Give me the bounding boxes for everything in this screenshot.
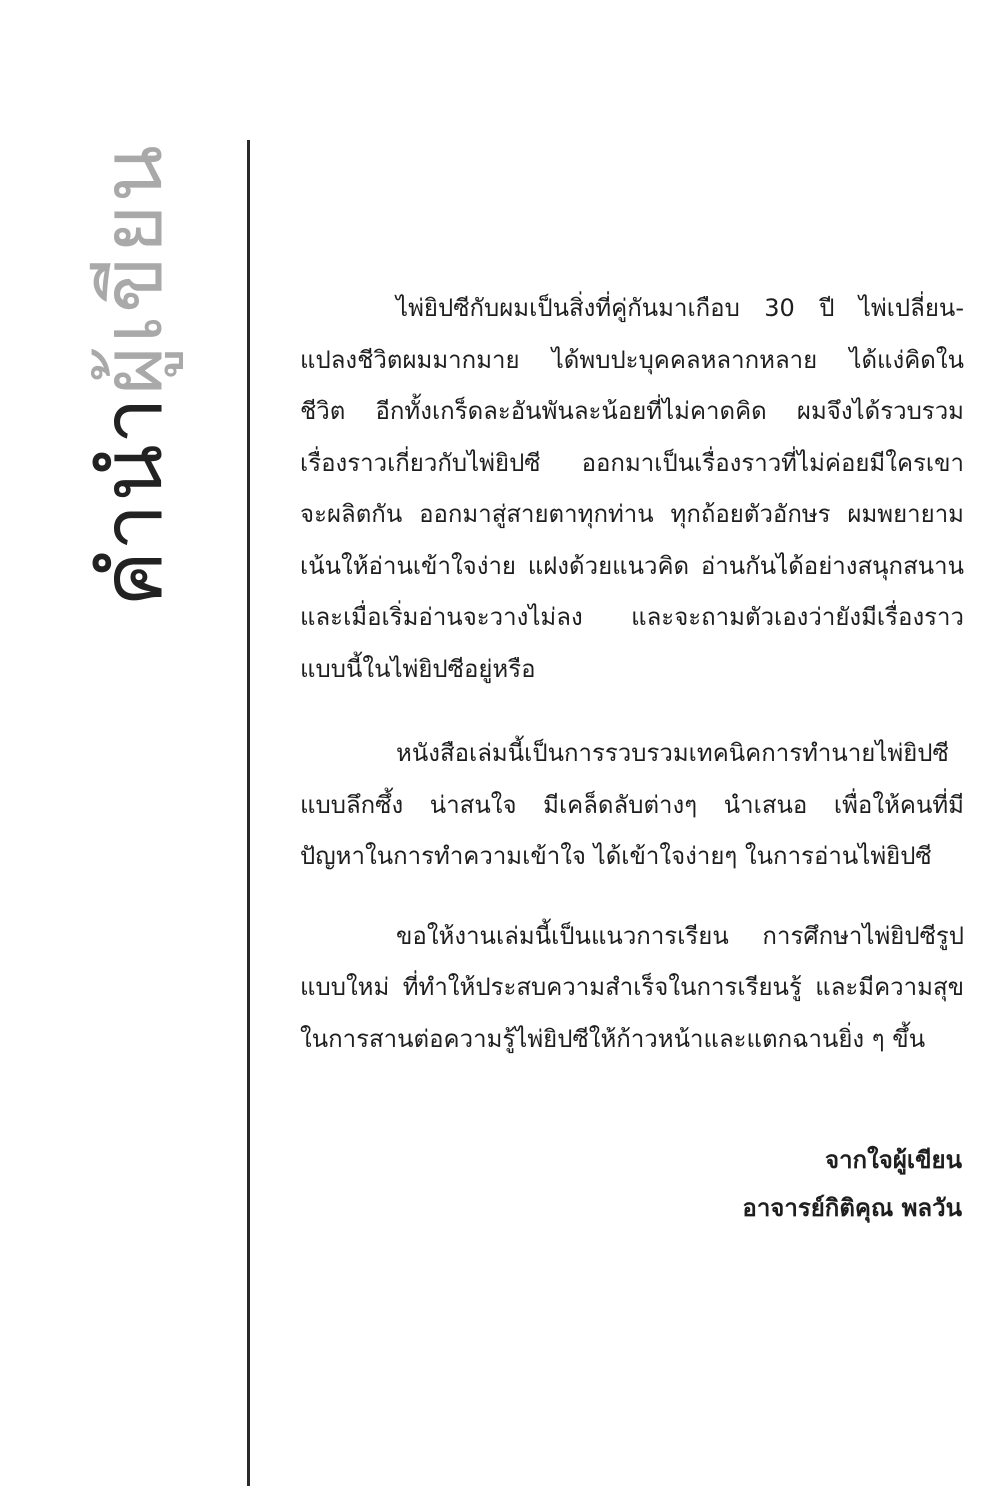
text-line: หนังสือเล่มนี้เป็นการรวบรวมเทคนิคการทำนา… [300, 728, 964, 780]
text-line: ขอให้งานเล่มนี้เป็นแนวการเรียน การศึกษาไ… [300, 911, 964, 963]
signature-line-from-author: จากใจผู้เขียน [742, 1136, 962, 1184]
text-line: ชีวิต อีกทั้งเกร็ดละอันพันละน้อยที่ไม่คา… [300, 386, 964, 438]
paragraph-3: ขอให้งานเล่มนี้เป็นแนวการเรียน การศึกษาไ… [300, 911, 964, 1066]
signature-author-name: อาจารย์กิติคุณ พลวัน [742, 1184, 962, 1232]
text-line: แบบใหม่ ที่ทำให้ประสบความสำเร็จในการเรีย… [300, 962, 964, 1014]
title-dark-part: คำนำ [83, 395, 181, 607]
foreword-body: ไพ่ยิปซีกับผมเป็นสิ่งที่คู่กันมาเกือบ 30… [300, 283, 964, 1065]
text-line: จะผลิตกัน ออกมาสู่สายตาทุกท่าน ทุกถ้อยตั… [300, 489, 964, 541]
vertical-divider-rule [247, 140, 250, 1486]
text-line: ในการสานต่อความรู้ไพ่ยิปซีให้ก้าวหน้าและ… [300, 1014, 964, 1066]
text-line: เรื่องราวเกี่ยวกับไพ่ยิปซี ออกมาเป็นเรื่… [300, 438, 964, 490]
title-gray-part: ผู้เขียน [83, 143, 181, 395]
book-page: คำนำผู้เขียน ไพ่ยิปซีกับผมเป็นสิ่งที่คู่… [0, 0, 1000, 1495]
text-line: และเมื่อเริ่มอ่านจะวางไม่ลง และจะถามตัวเ… [300, 592, 964, 644]
text-line: ไพ่ยิปซีกับผมเป็นสิ่งที่คู่กันมาเกือบ 30… [300, 283, 964, 335]
vertical-title-container: คำนำผู้เขียน [82, 140, 182, 610]
text-line: แบบนี้ในไพ่ยิปซีอยู่หรือ [300, 644, 964, 696]
text-line: เน้นให้อ่านเข้าใจง่าย แฝงด้วยแนวคิด อ่าน… [300, 541, 964, 593]
page-title: คำนำผู้เขียน [90, 143, 174, 607]
paragraph-1: ไพ่ยิปซีกับผมเป็นสิ่งที่คู่กันมาเกือบ 30… [300, 283, 964, 695]
text-line: แปลงชีวิตผมมากมาย ได้พบปะบุคคลหลากหลาย ไ… [300, 335, 964, 387]
author-signature: จากใจผู้เขียน อาจารย์กิติคุณ พลวัน [742, 1136, 962, 1232]
text-line: ปัญหาในการทำความเข้าใจ ได้เข้าใจง่ายๆ ใน… [300, 831, 964, 883]
paragraph-2: หนังสือเล่มนี้เป็นการรวบรวมเทคนิคการทำนา… [300, 728, 964, 883]
text-line: แบบลึกซึ้ง น่าสนใจ มีเคล็ดลับต่างๆ นำเสน… [300, 780, 964, 832]
